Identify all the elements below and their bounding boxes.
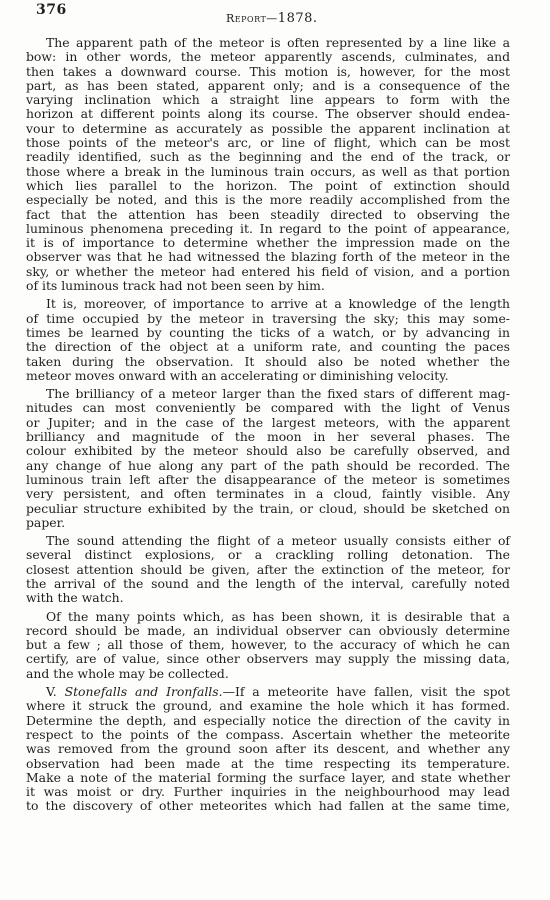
paragraph-line: nitudes can most conveniently be compare…: [26, 401, 510, 415]
paragraph-line: The sound attending the flight of a mete…: [26, 534, 510, 548]
paragraph-line: readily identified, such as the beginnin…: [26, 150, 510, 164]
paragraph-line: of its luminous track had not been seen …: [26, 279, 510, 293]
paragraph-line: where it struck the ground, and examine …: [26, 699, 510, 713]
paragraph-line: but a few ; all those of them, however, …: [26, 638, 510, 652]
section-paragraph: V. Stonefalls and Ironfalls.—If a meteor…: [26, 685, 510, 814]
document-page: 376 Report—1878. The apparent path of th…: [0, 0, 550, 900]
paragraph-line: meteor moves onward with an accelerating…: [26, 369, 510, 383]
body-text: The apparent path of the meteor is often…: [26, 36, 510, 814]
page-header: 376 Report—1878.: [36, 2, 536, 30]
paragraph-line: record should be made, an individual obs…: [26, 624, 510, 638]
page-number: 376: [36, 2, 67, 18]
paragraph-line: it is of importance to determine whether…: [26, 236, 510, 250]
paragraph-line: horizon at different points along its co…: [26, 107, 510, 121]
paragraph-line: of time occupied by the meteor in traver…: [26, 312, 510, 326]
paragraph-line: observation had been made at the time re…: [26, 757, 510, 771]
paragraph-line: paper.: [26, 516, 510, 530]
paragraph-line: any change of hue along any part of the …: [26, 459, 510, 473]
running-head-title: Report: [226, 12, 266, 25]
paragraph-line: respect to the points of the compass. As…: [26, 728, 510, 742]
paragraph-line: taken during the observation. It should …: [26, 355, 510, 369]
paragraph-line: with the watch.: [26, 591, 510, 605]
paragraph-line: several distinct explosions, or a crackl…: [26, 548, 510, 562]
paragraph: The sound attending the flight of a mete…: [26, 534, 510, 605]
paragraph-line: closest attention should be given, after…: [26, 563, 510, 577]
paragraph-line: fact that the attention has been steadil…: [26, 208, 510, 222]
paragraph-line: It is, moreover, of importance to arrive…: [26, 297, 510, 311]
paragraph-line: was removed from the ground soon after i…: [26, 742, 510, 756]
paragraph-line: brilliancy and magnitude of the moon in …: [26, 430, 510, 444]
section-number: V.: [46, 684, 57, 699]
paragraph-line: the arrival of the sound and the length …: [26, 577, 510, 591]
paragraph-line: certify, are of value, since other obser…: [26, 652, 510, 666]
paragraph-line: sky, or whether the meteor had entered h…: [26, 265, 510, 279]
paragraph-line: and the whole may be collected.: [26, 667, 510, 681]
paragraph-line: vour to determine as accurately as possi…: [26, 122, 510, 136]
paragraph-line: part, as has been stated, apparent only;…: [26, 79, 510, 93]
paragraph-line: Make a note of the material forming the …: [26, 771, 510, 785]
running-head: Report—1878.: [226, 11, 318, 26]
paragraph-line: luminous phenomena preceding it. In rega…: [26, 222, 510, 236]
paragraph-line: times be learned by counting the ticks o…: [26, 326, 510, 340]
running-head-year: 1878.: [278, 11, 318, 26]
paragraph: Of the many points which, as has been sh…: [26, 610, 510, 681]
paragraph: The brilliancy of a meteor larger than t…: [26, 387, 510, 530]
paragraph-line: it was moist or dry. Further inquiries i…: [26, 785, 510, 799]
paragraph-line: peculiar structure exhibited by the trai…: [26, 502, 510, 516]
section-first-line-text: —If a meteorite have fallen, visit the s…: [223, 684, 510, 699]
paragraph-line: those where a break in the luminous trai…: [26, 165, 510, 179]
paragraph-line: or Jupiter; and in the case of the large…: [26, 416, 510, 430]
paragraph-line: The apparent path of the meteor is often…: [26, 36, 510, 50]
paragraph-line: especially be noted, and this is the mor…: [26, 193, 510, 207]
paragraph-line: the direction of the object at a uniform…: [26, 340, 510, 354]
paragraph: It is, moreover, of importance to arrive…: [26, 297, 510, 383]
paragraph-line: bow: in other words, the meteor apparent…: [26, 50, 510, 64]
paragraph-line: luminous train left after the disappeara…: [26, 473, 510, 487]
paragraph-line: which lies parallel to the horizon. The …: [26, 179, 510, 193]
paragraph-line: observer was that he had witnessed the b…: [26, 250, 510, 264]
paragraph-line: those points of the meteor's arc, or lin…: [26, 136, 510, 150]
paragraph-line: Determine the depth, and especially noti…: [26, 714, 510, 728]
paragraph-line: colour exhibited by the meteor should al…: [26, 444, 510, 458]
paragraph-line: Of the many points which, as has been sh…: [26, 610, 510, 624]
paragraph-line: very persistent, and often terminates in…: [26, 487, 510, 501]
paragraph: The apparent path of the meteor is often…: [26, 36, 510, 293]
paragraph-line: The brilliancy of a meteor larger than t…: [26, 387, 510, 401]
paragraph-line: then takes a downward course. This motio…: [26, 65, 510, 79]
section-title: Stonefalls and Ironfalls.: [65, 684, 223, 699]
running-head-dash: —: [266, 12, 278, 25]
paragraph-line: V. Stonefalls and Ironfalls.—If a meteor…: [26, 685, 510, 699]
paragraph-line: to the discovery of other meteorites whi…: [26, 799, 510, 813]
paragraph-line: varying inclination which a straight lin…: [26, 93, 510, 107]
